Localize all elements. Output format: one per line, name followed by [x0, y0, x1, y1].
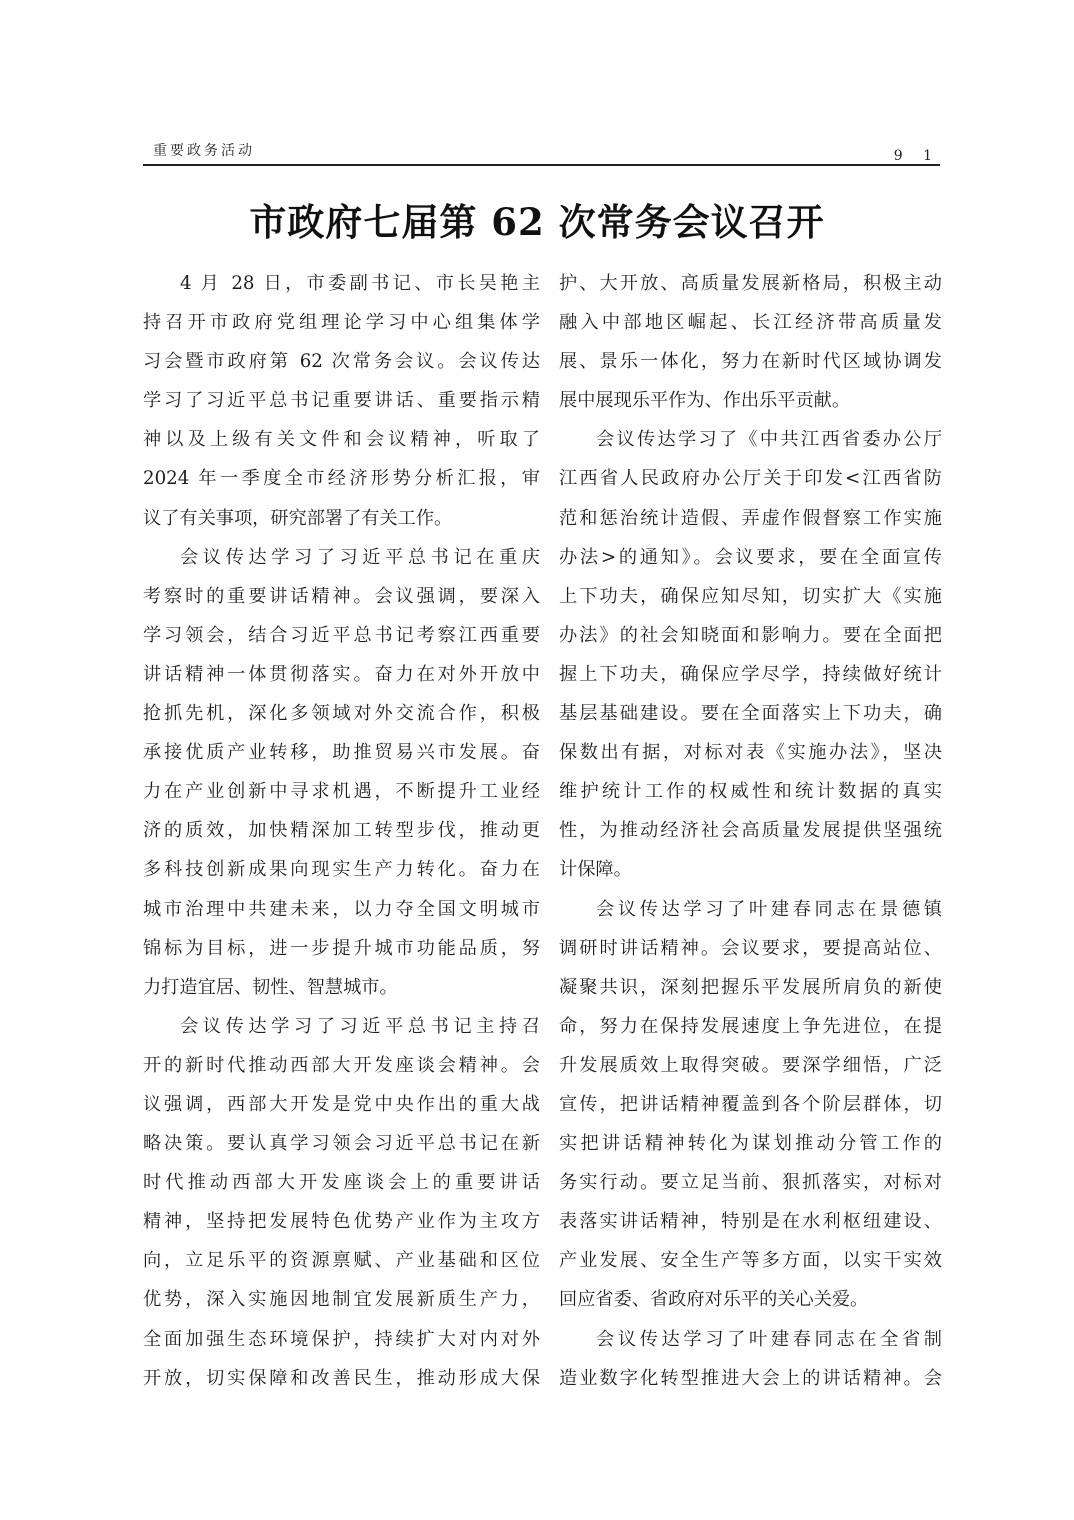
text-line: 神以及上级有关文件和会议精神，听取了: [143, 420, 540, 459]
text-line: 4 月 28 日，市委副书记、市长吴艳主: [143, 264, 540, 303]
section-label: 重要政务活动: [153, 140, 255, 160]
text-line: 习会暨市政府第 62 次常务会议。会议传达: [143, 342, 540, 381]
text-line: 计保障。: [559, 850, 942, 889]
paragraph: 护、大开放、高质量发展新格局，积极主动 融入中部地区崛起、长江经济带高质量发 展…: [559, 264, 942, 420]
text-line: 向，立足乐平的资源禀赋、产业基础和区位: [143, 1241, 540, 1280]
text-line: 学习了习近平总书记重要讲话、重要指示精: [143, 381, 540, 420]
text-line: 时代推动西部大开发座谈会上的重要讲话: [143, 1163, 540, 1202]
text-line: 展中展现乐平作为、作出乐平贡献。: [559, 381, 942, 420]
text-line: 产业发展、安全生产等多方面，以实干实效: [559, 1241, 942, 1280]
text-line: 力打造宜居、韧性、智慧城市。: [143, 968, 540, 1007]
text-line: 上下功夫，确保应知尽知，切实扩大《实施: [559, 577, 942, 616]
text-line: 办法》的社会知晓面和影响力。要在全面把: [559, 616, 942, 655]
text-line: 议了有关事项，研究部署了有关工作。: [143, 499, 540, 538]
text-line: 握上下功夫，确保应学尽学，持续做好统计: [559, 655, 942, 694]
text-line: 锦标为目标，进一步提升城市功能品质，努: [143, 929, 540, 968]
text-line: 升发展质效上取得突破。要深学细悟，广泛: [559, 1046, 942, 1085]
paragraph: 会议传达学习了习近平总书记主持召 开的新时代推动西部大开发座谈会精神。会 议强调…: [143, 1007, 540, 1398]
text-line: 议强调，西部大开发是党中央作出的重大战: [143, 1085, 540, 1124]
left-column: 4 月 28 日，市委副书记、市长吴艳主 持召开市政府党组理论学习中心组集体学 …: [143, 264, 540, 1398]
text-line: 调研时讲话精神。会议要求，要提高站位、: [559, 929, 942, 968]
paragraph: 会议传达学习了习近平总书记在重庆 考察时的重要讲话精神。会议强调，要深入 学习领…: [143, 538, 540, 1007]
text-line: 会议传达学习了《中共江西省委办公厅: [559, 420, 942, 459]
article-title: 市政府七届第 62 次常务会议召开: [0, 192, 1074, 246]
text-line: 学习领会，结合习近平总书记考察江西重要: [143, 616, 540, 655]
text-line: 性，为推动经济社会高质量发展提供坚强统: [559, 811, 942, 850]
text-line: 保数出有据，对标对表《实施办法》，坚决: [559, 733, 942, 772]
text-line: 会议传达学习了习近平总书记主持召: [143, 1007, 540, 1046]
text-line: 基层基础建设。要在全面落实上下功夫，确: [559, 694, 942, 733]
text-line: 全面加强生态环境保护，持续扩大对内对外: [143, 1320, 540, 1359]
paragraph: 4 月 28 日，市委副书记、市长吴艳主 持召开市政府党组理论学习中心组集体学 …: [143, 264, 540, 538]
text-line: 融入中部地区崛起、长江经济带高质量发: [559, 303, 942, 342]
text-line: 开放，切实保障和改善民生，推动形成大保: [143, 1359, 540, 1398]
text-line: 优势，深入实施因地制宜发展新质生产力，: [143, 1280, 540, 1319]
paragraph: 会议传达学习了叶建春同志在景德镇 调研时讲话精神。会议要求，要提高站位、 凝聚共…: [559, 890, 942, 1320]
text-line: 承接优质产业转移，助推贸易兴市发展。奋: [143, 733, 540, 772]
text-line: 造业数字化转型推进大会上的讲话精神。会: [559, 1359, 942, 1398]
text-line: 范和惩治统计造假、弄虚作假督察工作实施: [559, 499, 942, 538]
text-line: 抢抓先机，深化多领域对外交流合作，积极: [143, 694, 540, 733]
text-line: 回应省委、省政府对乐平的关心关爱。: [559, 1280, 942, 1319]
text-line: 实把讲话精神转化为谋划推动分管工作的: [559, 1124, 942, 1163]
text-line: 办法>的通知》。会议要求，要在全面宣传: [559, 538, 942, 577]
text-line: 会议传达学习了叶建春同志在景德镇: [559, 890, 942, 929]
text-line: 城市治理中共建未来，以力夺全国文明城市: [143, 890, 540, 929]
text-line: 务实行动。要立足当前、狠抓落实，对标对: [559, 1163, 942, 1202]
text-line: 持召开市政府党组理论学习中心组集体学: [143, 303, 540, 342]
text-line: 考察时的重要讲话精神。会议强调，要深入: [143, 577, 540, 616]
text-line: 精神，坚持把发展特色优势产业作为主攻方: [143, 1202, 540, 1241]
running-header: 重要政务活动 9 1: [143, 136, 940, 166]
text-line: 会议传达学习了叶建春同志在全省制: [559, 1320, 942, 1359]
text-line: 力在产业创新中寻求机遇，不断提升工业经: [143, 772, 540, 811]
text-line: 2024 年一季度全市经济形势分析汇报，审: [143, 459, 540, 498]
text-line: 展、景乐一体化，努力在新时代区域协调发: [559, 342, 942, 381]
text-line: 维护统计工作的权威性和统计数据的真实: [559, 772, 942, 811]
text-line: 江西省人民政府办公厅关于印发<江西省防: [559, 459, 942, 498]
text-line: 命，努力在保持发展速度上争先进位，在提: [559, 1007, 942, 1046]
text-line: 会议传达学习了习近平总书记在重庆: [143, 538, 540, 577]
text-line: 讲话精神一体贯彻落实。奋力在对外开放中: [143, 655, 540, 694]
text-line: 宣传，把讲话精神覆盖到各个阶层群体，切: [559, 1085, 942, 1124]
right-column: 护、大开放、高质量发展新格局，积极主动 融入中部地区崛起、长江经济带高质量发 展…: [559, 264, 942, 1398]
text-line: 济的质效，加快精深加工转型步伐，推动更: [143, 811, 540, 850]
text-line: 护、大开放、高质量发展新格局，积极主动: [559, 264, 942, 303]
text-line: 表落实讲话精神，特别是在水利枢纽建设、: [559, 1202, 942, 1241]
text-line: 开的新时代推动西部大开发座谈会精神。会: [143, 1046, 540, 1085]
page-number: 9 1: [894, 148, 940, 164]
paragraph: 会议传达学习了叶建春同志在全省制 造业数字化转型推进大会上的讲话精神。会: [559, 1320, 942, 1398]
paragraph: 会议传达学习了《中共江西省委办公厅 江西省人民政府办公厅关于印发<江西省防 范和…: [559, 420, 942, 889]
text-line: 略决策。要认真学习领会习近平总书记在新: [143, 1124, 540, 1163]
text-line: 多科技创新成果向现实生产力转化。奋力在: [143, 850, 540, 889]
text-line: 凝聚共识，深刻把握乐平发展所肩负的新使: [559, 968, 942, 1007]
